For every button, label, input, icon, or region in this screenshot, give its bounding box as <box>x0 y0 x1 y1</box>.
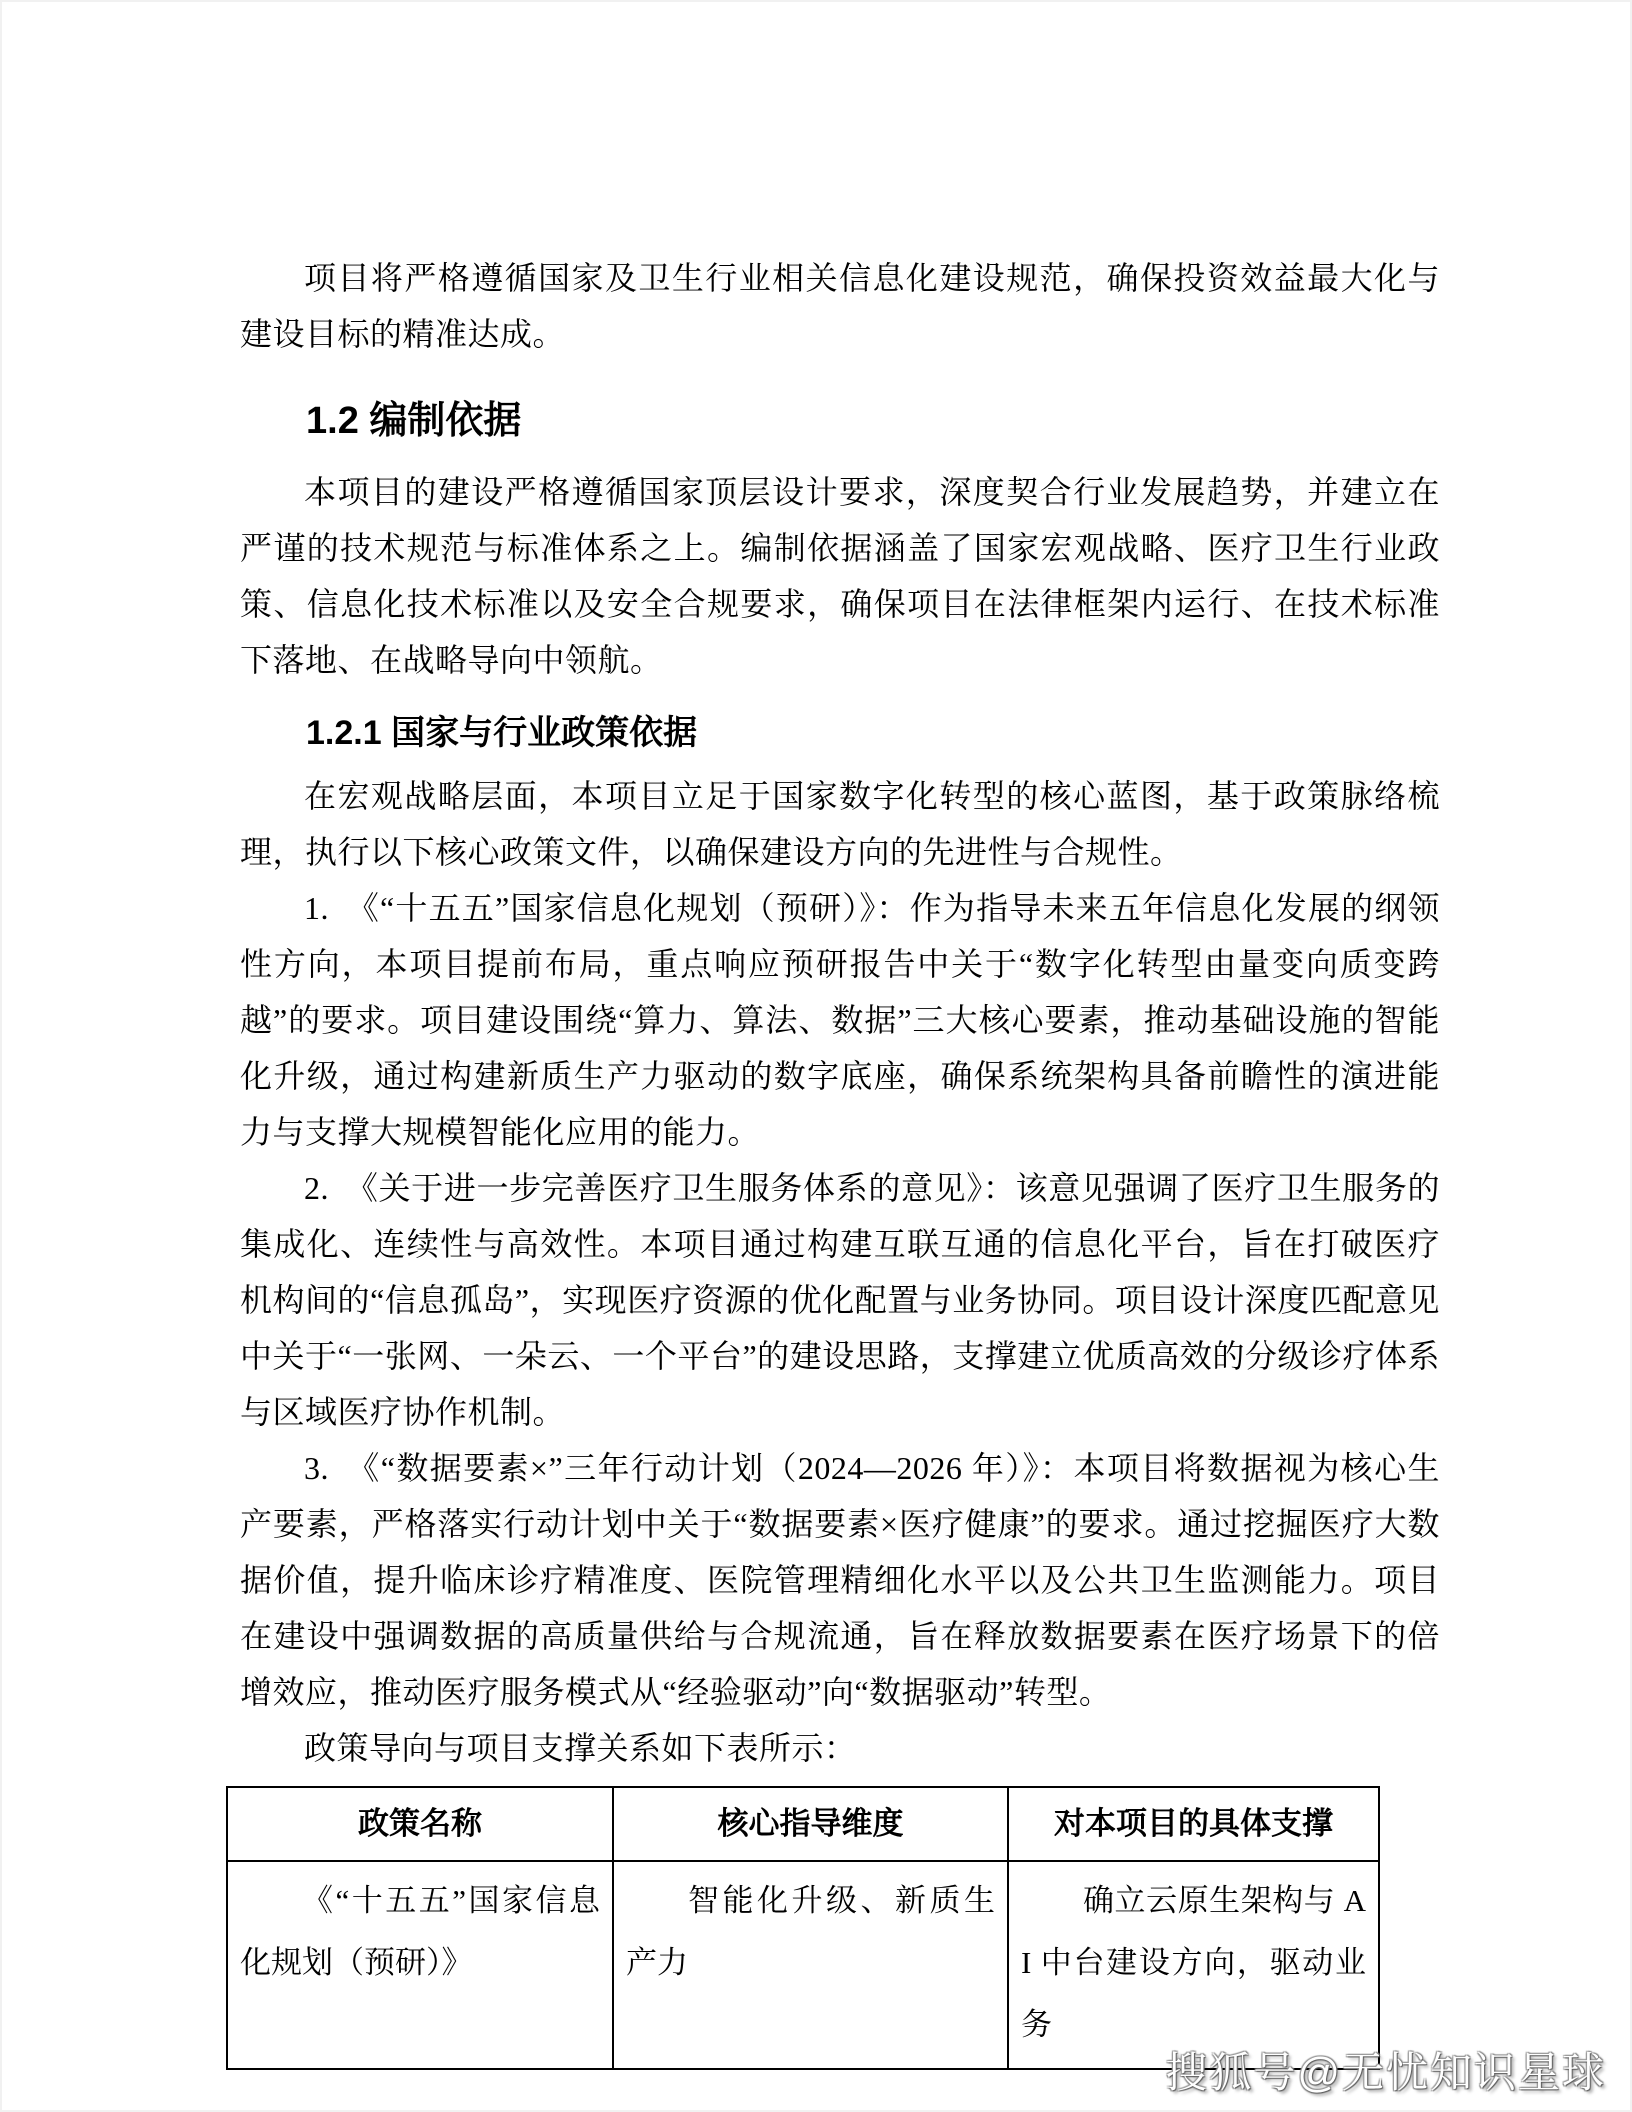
table-cell-project-support: 确立云原生架构与 AI 中台建设方向，驱动业务 <box>1008 1861 1379 2069</box>
table-intro-paragraph: 政策导向与项目支撑关系如下表所示： <box>240 1720 1440 1776</box>
policy-item-3: 3. 《“数据要素×”三年行动计划（2024—2026 年）》：本项目将数据视为… <box>240 1440 1440 1720</box>
section-1-2-1-heading: 1.2.1 国家与行业政策依据 <box>306 706 1440 760</box>
policy-item-2: 2. 《关于进一步完善医疗卫生服务体系的意见》：该意见强调了医疗卫生服务的集成化… <box>240 1160 1440 1440</box>
document-page: 项目将严格遵循国家及卫生行业相关信息化建设规范，确保投资效益最大化与建设目标的精… <box>0 0 1632 2112</box>
table-cell-guidance-dimension: 智能化升级、新质生产力 <box>613 1861 1008 2069</box>
policy-support-table: 政策名称 核心指导维度 对本项目的具体支撑 《“十五五”国家信息化规划（预研）》… <box>226 1786 1380 2070</box>
policy-item-1: 1. 《“十五五”国家信息化规划（预研）》：作为指导未来五年信息化发展的纲领性方… <box>240 880 1440 1160</box>
policy-overview-paragraph: 在宏观战略层面，本项目立足于国家数字化转型的核心蓝图，基于政策脉络梳理，执行以下… <box>240 768 1440 880</box>
table-header-guidance-dimension: 核心指导维度 <box>613 1787 1008 1861</box>
table-row: 《“十五五”国家信息化规划（预研）》 智能化升级、新质生产力 确立云原生架构与 … <box>227 1861 1379 2069</box>
table-cell-policy-name: 《“十五五”国家信息化规划（预研）》 <box>227 1861 613 2069</box>
intro-paragraph: 项目将严格遵循国家及卫生行业相关信息化建设规范，确保投资效益最大化与建设目标的精… <box>240 250 1440 362</box>
table-header-row: 政策名称 核心指导维度 对本项目的具体支撑 <box>227 1787 1379 1861</box>
content-area: 项目将严格遵循国家及卫生行业相关信息化建设规范，确保投资效益最大化与建设目标的精… <box>240 250 1440 2070</box>
watermark-text: 搜狐号@无忧知识星球 <box>1165 2040 1606 2100</box>
table-header-project-support: 对本项目的具体支撑 <box>1008 1787 1379 1861</box>
section-1-2-heading: 1.2 编制依据 <box>306 392 1440 450</box>
section-1-2-paragraph: 本项目的建设严格遵循国家顶层设计要求，深度契合行业发展趋势，并建立在严谨的技术规… <box>240 464 1440 688</box>
table-header-policy-name: 政策名称 <box>227 1787 613 1861</box>
